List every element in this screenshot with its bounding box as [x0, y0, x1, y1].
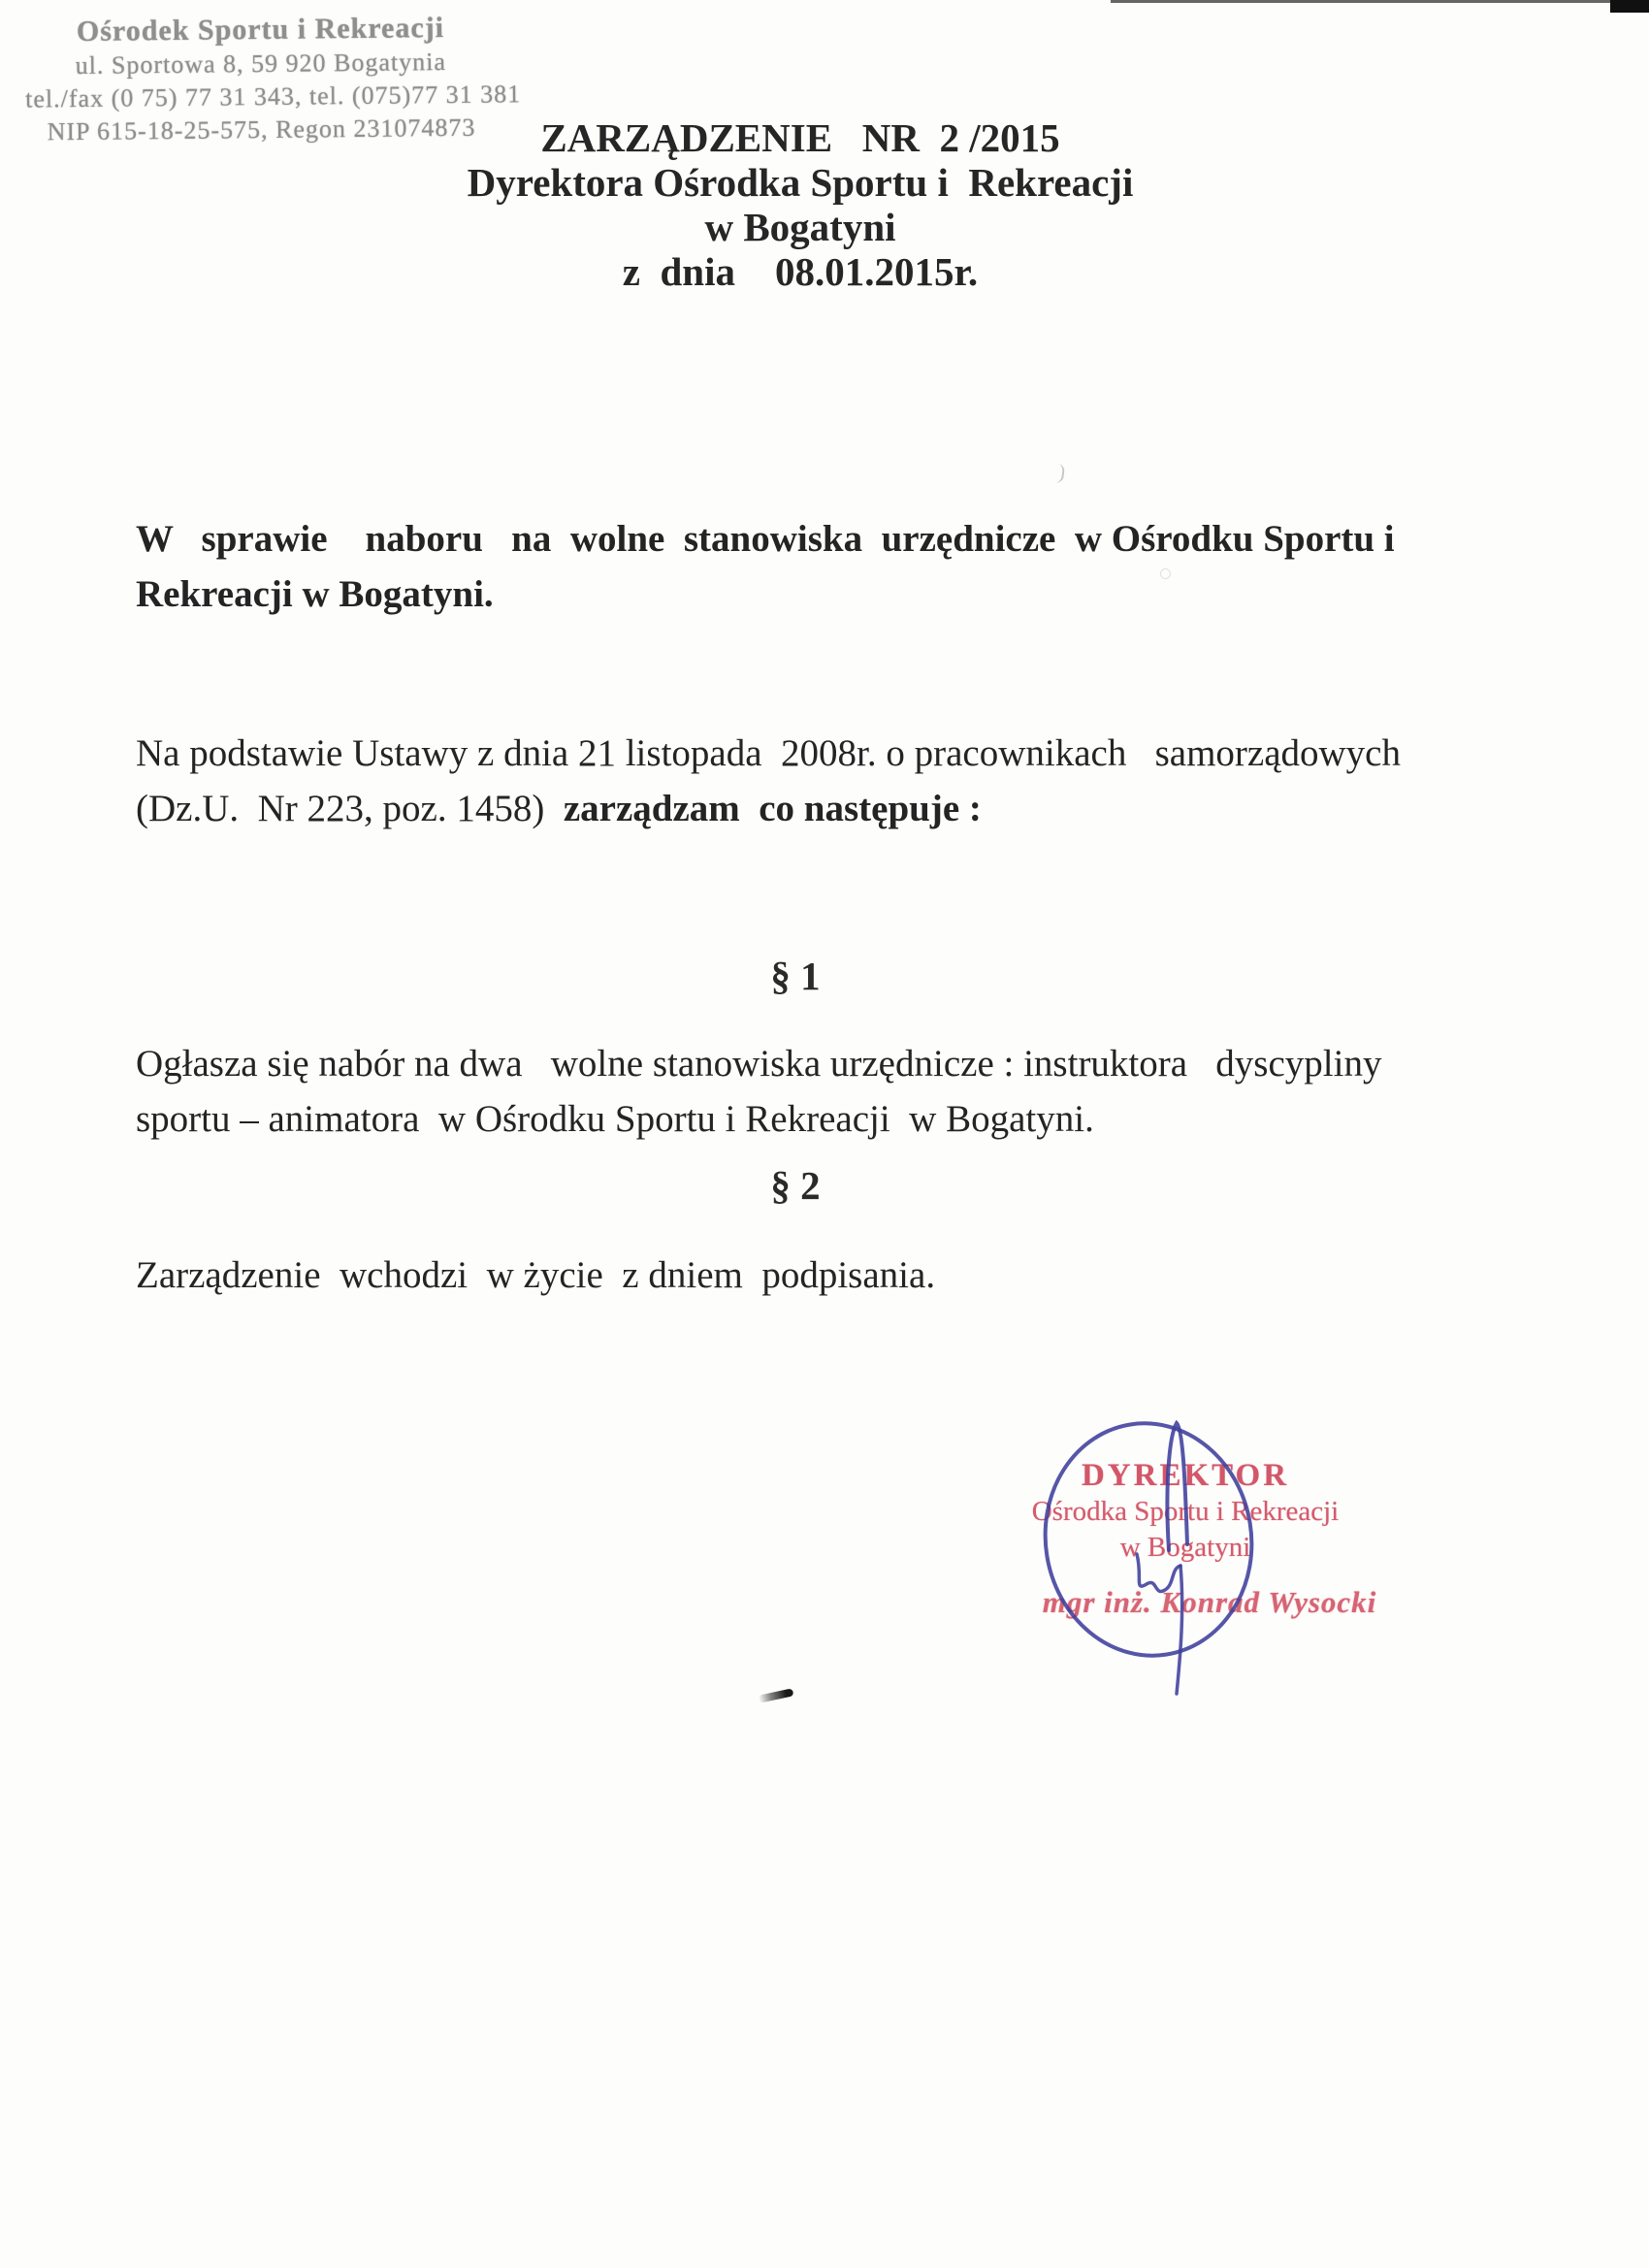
- section-1-body: Ogłasza się nabór na dwa wolne stanowisk…: [136, 1036, 1381, 1147]
- letterhead-phone: tel./fax (0 75) 77 31 343, tel. (075)77 …: [25, 78, 497, 115]
- subject-line: Rekreacji w Bogatyni.: [136, 567, 1395, 622]
- title-city-line: w Bogatyni: [383, 205, 1217, 249]
- signature-tail: [1177, 1566, 1182, 1694]
- signature-squiggle: [1137, 1554, 1180, 1592]
- legal-basis-line: (Dz.U. Nr 223, poz. 1458) zarządzam co n…: [136, 781, 1401, 836]
- letterhead-address: ul. Sportowa 8, 59 920 Bogatynia: [25, 45, 497, 82]
- section-2-heading: § 2: [718, 1162, 873, 1209]
- document-title: ZARZĄDZENIE NR 2 /2015 Dyrektora Ośrodka…: [383, 115, 1217, 294]
- section-2-body: Zarządzenie wchodzi w życie z dniem podp…: [136, 1247, 935, 1303]
- legal-basis-ordering-clause: zarządzam co następuje :: [564, 788, 982, 829]
- legal-basis-paragraph: Na podstawie Ustawy z dnia 21 listopada …: [136, 726, 1401, 836]
- scan-edge-line: [1111, 0, 1649, 3]
- section-1-line: Ogłasza się nabór na dwa wolne stanowisk…: [136, 1036, 1381, 1091]
- handwritten-signature-ink: [989, 1397, 1397, 1727]
- title-issuer-line: Dyrektora Ośrodka Sportu i Rekreacji: [383, 160, 1217, 205]
- title-number-line: ZARZĄDZENIE NR 2 /2015: [383, 115, 1217, 160]
- section-1-line: sportu – animatora w Ośrodku Sportu i Re…: [136, 1091, 1381, 1147]
- subject-paragraph: W sprawie naboru na wolne stanowiska urz…: [136, 511, 1395, 622]
- scan-corner-shadow: [1610, 0, 1649, 13]
- scan-artifact-dash: [759, 1688, 794, 1702]
- subject-line: W sprawie naboru na wolne stanowiska urz…: [136, 511, 1395, 567]
- section-2-line: Zarządzenie wchodzi w życie z dniem podp…: [136, 1247, 935, 1303]
- signature-stroke: [1167, 1423, 1187, 1550]
- legal-basis-citation: (Dz.U. Nr 223, poz. 1458): [136, 788, 564, 829]
- scanned-document-page: { "document": { "letterhead": { "org": "…: [0, 0, 1649, 2268]
- section-1-heading: § 1: [718, 953, 873, 999]
- scan-artifact-speck: [1051, 463, 1066, 483]
- title-date-line: z dnia 08.01.2015r.: [383, 249, 1217, 294]
- legal-basis-line: Na podstawie Ustawy z dnia 21 listopada …: [136, 726, 1401, 781]
- signature-loop: [1029, 1409, 1269, 1670]
- letterhead-org-name: Ośrodek Sportu i Rekreacji: [24, 9, 496, 49]
